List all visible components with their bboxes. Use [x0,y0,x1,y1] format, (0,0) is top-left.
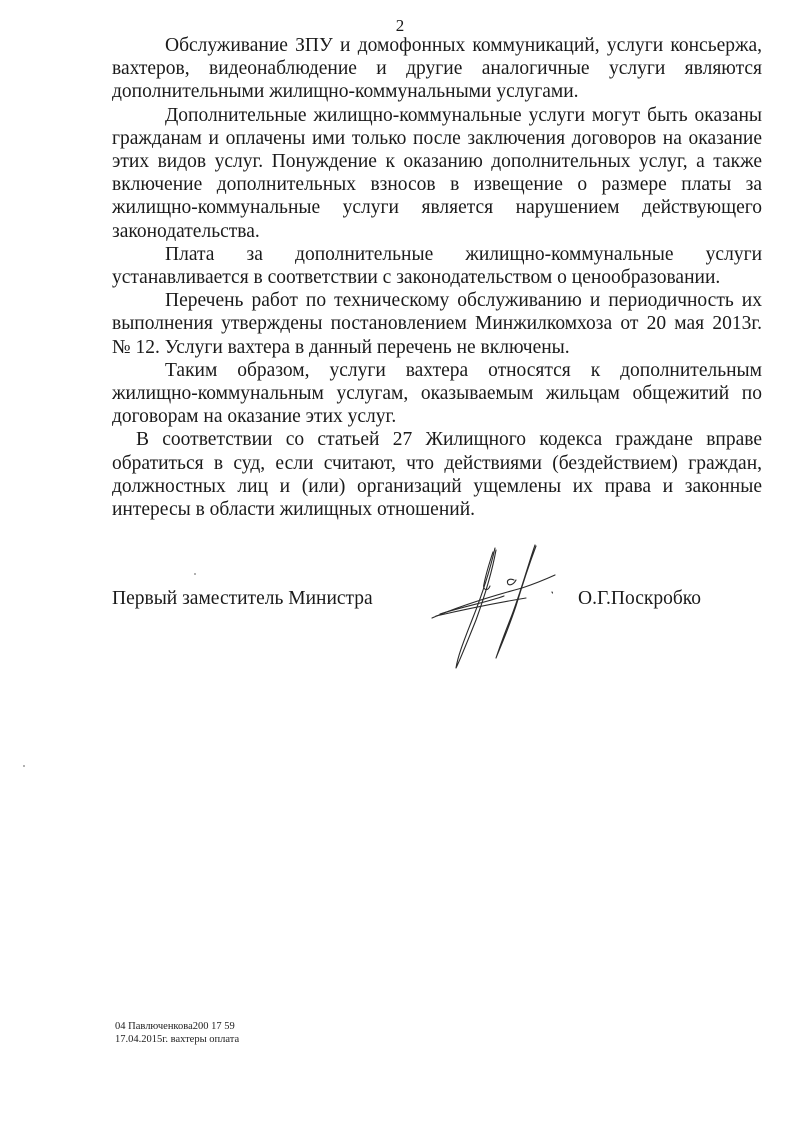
scan-speck [23,765,25,767]
handwritten-signature-icon [410,540,560,675]
footer-executor-line: 04 Павлюченкова200 17 59 [115,1020,239,1033]
paragraph-right-to-court: В соответствии со статьей 27 Жилищного к… [112,428,762,521]
paragraph-additional-services: Обслуживание ЗПУ и домофонных коммуникац… [112,34,762,104]
document-body: Обслуживание ЗПУ и домофонных коммуникац… [112,34,762,521]
footer-note: 04 Павлюченкова200 17 59 17.04.2015г. ва… [115,1020,239,1046]
signer-name: О.Г.Поскробко [578,587,701,611]
scan-speck [194,573,196,575]
footer-date-line: 17.04.2015г. вахтеры оплата [115,1033,239,1046]
signer-position: Первый заместитель Министра [112,587,373,611]
paragraph-maintenance-list: Перечень работ по техническому обслужива… [112,289,762,359]
paragraph-pricing: Плата за дополнительные жилищно-коммунал… [112,243,762,289]
paragraph-conclusion: Таким образом, услуги вахтера относятся … [112,359,762,429]
paragraph-contracts-required: Дополнительные жилищно-коммунальные услу… [112,104,762,243]
page-number: 2 [0,16,800,36]
